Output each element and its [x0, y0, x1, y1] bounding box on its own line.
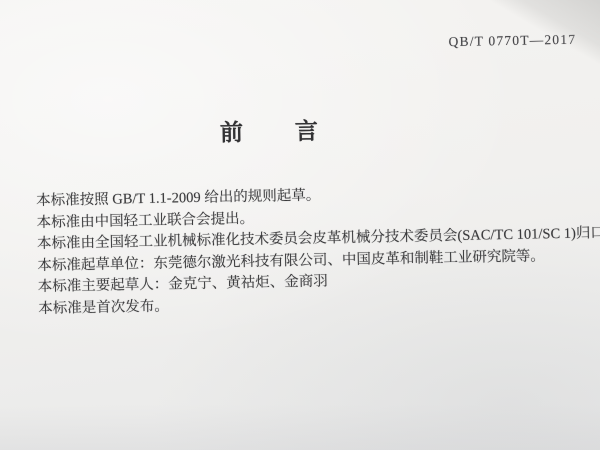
- foreword-title: 前 言: [0, 108, 570, 153]
- paper-page: QB/T 0770T—2017 前 言 本标准按照 GB/T 1.1-2009 …: [0, 0, 600, 450]
- foreword-body: 本标准按照 GB/T 1.1-2009 给出的规则起草。本标准由中国轻工业联合会…: [0, 180, 600, 320]
- document-page-photo: QB/T 0770T—2017 前 言 本标准按照 GB/T 1.1-2009 …: [0, 0, 600, 450]
- standard-number: QB/T 0770T—2017: [0, 32, 576, 59]
